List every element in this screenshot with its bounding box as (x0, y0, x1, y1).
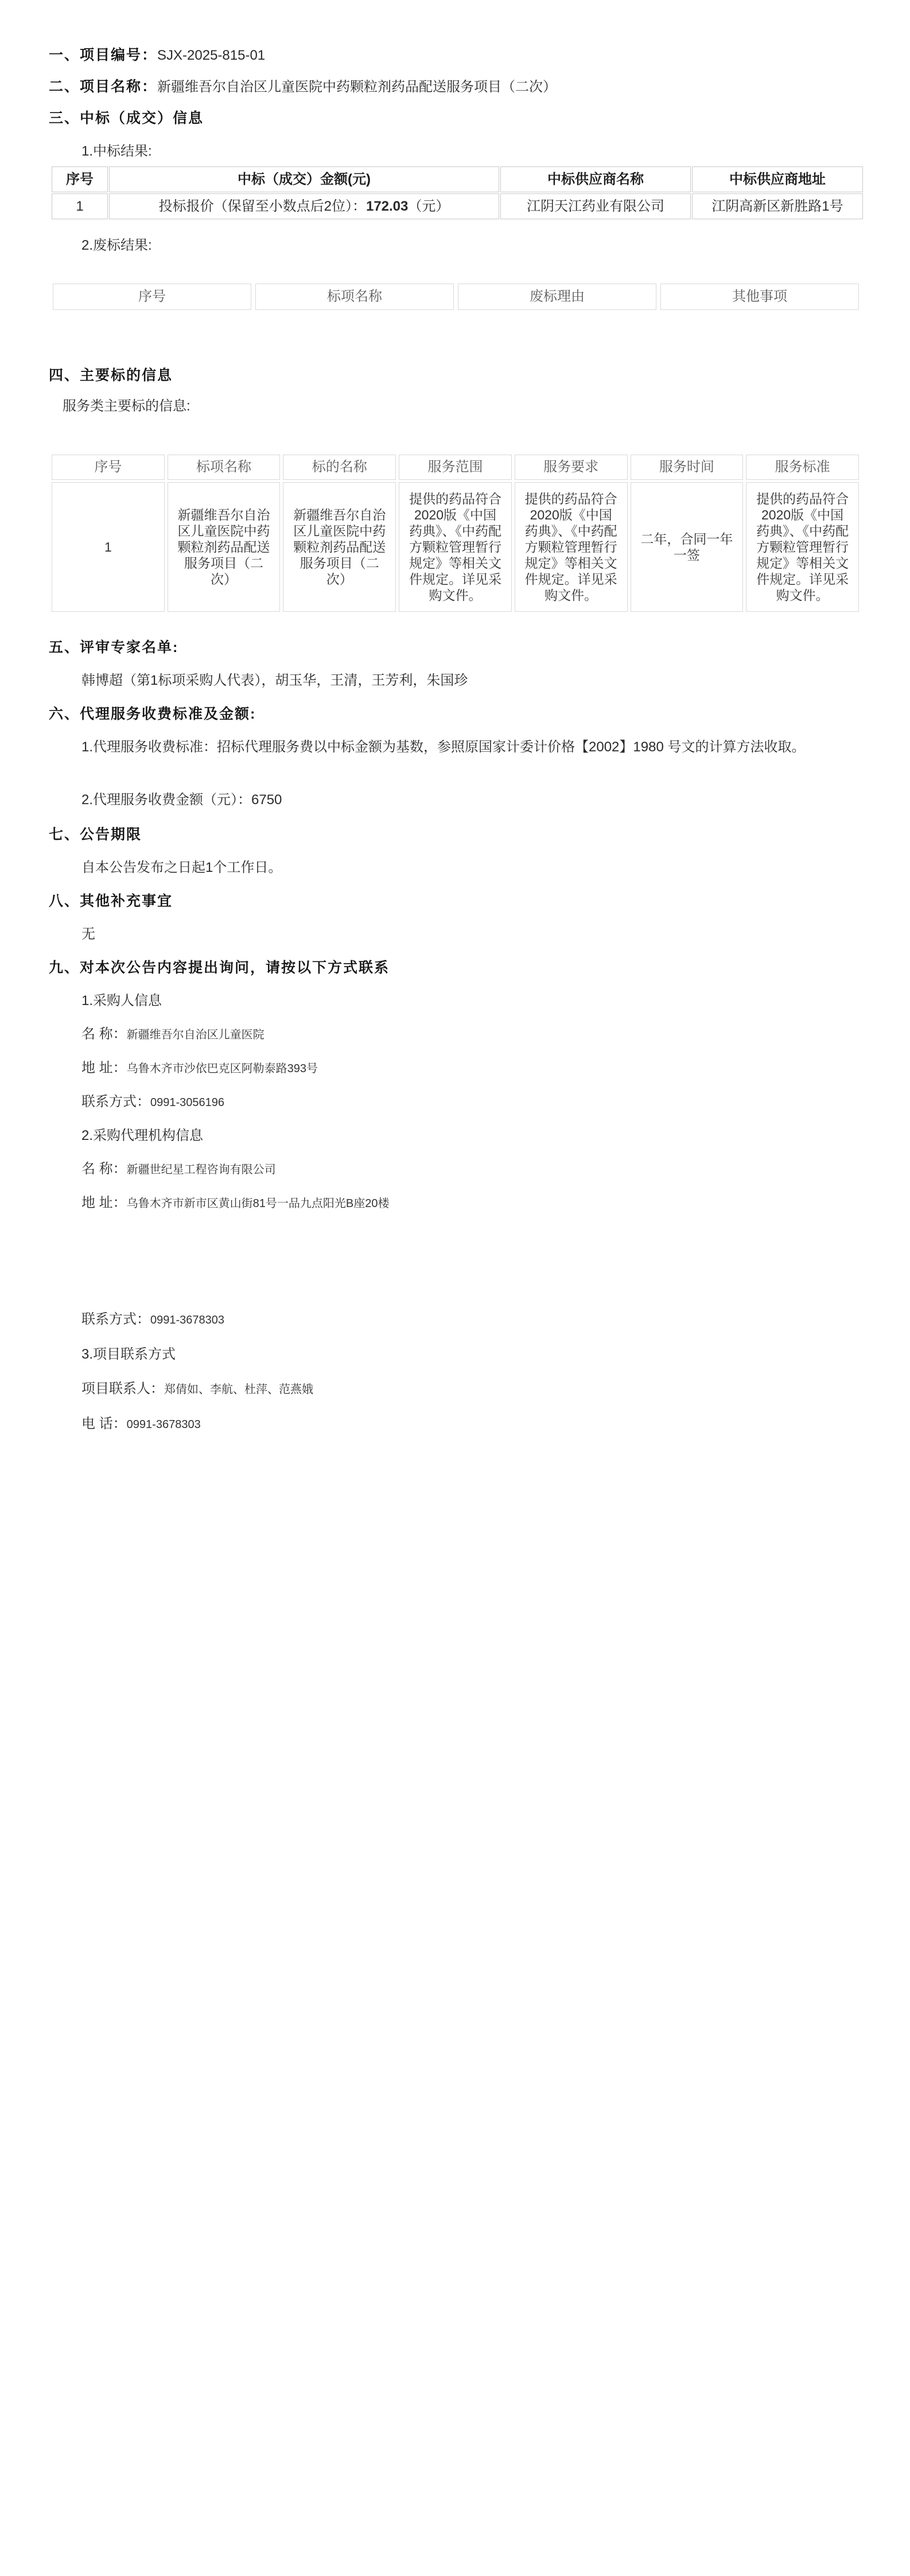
agency-name-label: 名 称： (81, 1161, 127, 1177)
cell-supplier: 江阴天江药业有限公司 (500, 193, 691, 219)
header-cell-amount: 中标（成交）金额(元) (109, 166, 499, 192)
header-cell-reason: 废标理由 (458, 284, 656, 310)
procurement-announcement-document: 一、项目编号：SJX-2025-815-01 二、项目名称：新疆维吾尔自治区儿童… (0, 0, 910, 1434)
purchaser-address-label: 地 址： (81, 1060, 127, 1076)
header-cell-address: 中标供应商地址 (692, 166, 863, 192)
agency-fee-amount-label: 2.代理服务收费金额（元）： (81, 792, 251, 808)
amount-suffix: （元） (408, 199, 449, 214)
cell-subject-name: 新疆维吾尔自治区儿童医院中药颗粒剂药品配送服务项目（二次） (283, 482, 396, 612)
section-experts-heading: 五、评审专家名单: (49, 638, 860, 657)
award-table-data-row: 1 投标报价（保留至小数点后2位）：172.03（元） 江阴天江药业有限公司 江… (52, 193, 863, 219)
main-table-data-row: 1 新疆维吾尔自治区儿童医院中药颗粒剂药品配送服务项目（二次） 新疆维吾尔自治区… (52, 482, 859, 612)
project-name-value: 新疆维吾尔自治区儿童医院中药颗粒剂药品配送服务项目（二次） (157, 79, 557, 95)
amount-value: 172.03 (366, 199, 408, 214)
section-award-info-heading: 三、中标（成交）信息 (49, 109, 860, 127)
cell-address: 江阴高新区新胜路1号 (692, 193, 863, 219)
header-cell-service-time: 服务时间 (631, 455, 744, 480)
cell-amount: 投标报价（保留至小数点后2位）：172.03（元） (109, 193, 499, 219)
section-main-subject-heading: 四、主要标的信息 (49, 366, 860, 385)
award-result-table: 序号 中标（成交）金额(元) 中标供应商名称 中标供应商地址 1 投标报价（保留… (50, 165, 864, 220)
header-cell-other: 其他事项 (660, 284, 859, 310)
project-name-line: 二、项目名称：新疆维吾尔自治区儿童医院中药颗粒剂药品配送服务项目（二次） (49, 77, 860, 96)
purchaser-address-value: 乌鲁木齐市沙依巴克区阿勒泰路393号 (127, 1062, 318, 1075)
cell-service-scope: 提供的药品符合2020版《中国药典》、《中药配方颗粒管理暂行规定》等相关文件规定… (399, 482, 512, 612)
header-cell-subject-name: 标的名称 (283, 455, 396, 480)
purchaser-name-value: 新疆维吾尔自治区儿童医院 (127, 1029, 265, 1041)
purchaser-name-label: 名 称： (81, 1026, 127, 1042)
award-table-header-row: 序号 中标（成交）金额(元) 中标供应商名称 中标供应商地址 (52, 166, 863, 192)
cell-service-standard: 提供的药品符合2020版《中国药典》、《中药配方颗粒管理暂行规定》等相关文件规定… (746, 482, 859, 612)
other-matters-body: 无 (49, 925, 860, 944)
agency-fee-amount-line: 2.代理服务收费金额（元）：6750 (49, 791, 860, 809)
cell-service-requirement: 提供的药品符合2020版《中国药典》、《中药配方颗粒管理暂行规定》等相关文件规定… (515, 482, 628, 612)
header-cell-service-standard: 服务标准 (746, 455, 859, 480)
project-name-label: 二、项目名称： (49, 79, 157, 95)
header-cell-no: 序号 (52, 455, 165, 480)
header-cell-no: 序号 (52, 166, 108, 192)
project-contacts-line: 项目联系人：郑倩如、李航、杜萍、范燕娥 (49, 1380, 860, 1399)
cell-no: 1 (52, 482, 165, 612)
project-contacts-label: 项目联系人： (81, 1381, 164, 1396)
amount-prefix: 投标报价（保留至小数点后2位）： (159, 199, 366, 214)
purchaser-contact-label: 联系方式： (81, 1094, 150, 1109)
header-cell-service-requirement: 服务要求 (515, 455, 628, 480)
header-cell-bid-name: 标项名称 (168, 455, 281, 480)
project-number-value: SJX-2025-815-01 (157, 48, 265, 63)
announcement-period-body: 自本公告发布之日起1个工作日。 (49, 859, 860, 877)
purchaser-address-line: 地 址：乌鲁木齐市沙依巴克区阿勒泰路393号 (49, 1059, 860, 1078)
invalid-bid-table: 序号 标项名称 废标理由 其他事项 (49, 282, 863, 311)
agency-info-title: 2.采购代理机构信息 (49, 1127, 860, 1145)
header-cell-no: 序号 (53, 284, 251, 310)
purchaser-info-title: 1.采购人信息 (49, 992, 860, 1010)
invalid-bid-label: 2.废标结果: (49, 236, 860, 255)
project-phone-line: 电 话：0991-3678303 (49, 1415, 860, 1434)
award-result-label: 1.中标结果: (49, 142, 860, 161)
project-contacts-value: 郑倩如、李航、杜萍、范燕娥 (164, 1383, 313, 1396)
agency-address-label: 地 址： (81, 1195, 127, 1211)
agency-address-line: 地 址：乌鲁木齐市新市区黄山街81号一品九点阳光B座20楼 (49, 1194, 860, 1213)
project-number-line: 一、项目编号：SJX-2025-815-01 (49, 46, 860, 65)
experts-list: 韩博超（第1标项采购人代表），胡玉华，王清，王芳利，朱国珍 (49, 672, 860, 690)
cell-no: 1 (52, 193, 108, 219)
section-announcement-period-heading: 七、公告期限 (49, 825, 860, 844)
main-subject-table: 序号 标项名称 标的名称 服务范围 服务要求 服务时间 服务标准 1 新疆维吾尔… (49, 452, 862, 614)
service-subject-label: 服务类主要标的信息: (49, 397, 860, 416)
agency-fee-amount-value: 6750 (251, 792, 282, 808)
agency-contact-line: 联系方式：0991-3678303 (49, 1310, 860, 1329)
section-agency-fee-heading: 六、代理服务收费标准及金额: (49, 705, 860, 723)
purchaser-contact-value: 0991-3056196 (150, 1096, 224, 1109)
purchaser-name-line: 名 称：新疆维吾尔自治区儿童医院 (49, 1025, 860, 1044)
agency-name-line: 名 称：新疆世纪星工程咨询有限公司 (49, 1160, 860, 1179)
header-cell-supplier: 中标供应商名称 (500, 166, 691, 192)
project-contact-title: 3.项目联系方式 (49, 1345, 860, 1364)
section-other-matters-heading: 八、其他补充事宜 (49, 892, 860, 910)
agency-contact-value: 0991-3678303 (150, 1314, 224, 1326)
purchaser-contact-line: 联系方式：0991-3056196 (49, 1093, 860, 1112)
project-phone-value: 0991-3678303 (127, 1418, 201, 1431)
main-table-header-row: 序号 标项名称 标的名称 服务范围 服务要求 服务时间 服务标准 (52, 455, 859, 480)
project-phone-label: 电 话： (81, 1416, 127, 1431)
agency-name-value: 新疆世纪星工程咨询有限公司 (127, 1163, 276, 1176)
agency-contact-label: 联系方式： (81, 1312, 150, 1327)
header-cell-service-scope: 服务范围 (399, 455, 512, 480)
agency-address-value: 乌鲁木齐市新市区黄山街81号一品九点阳光B座20楼 (127, 1197, 390, 1210)
invalid-table-header-row: 序号 标项名称 废标理由 其他事项 (53, 284, 859, 310)
cell-bid-name: 新疆维吾尔自治区儿童医院中药颗粒剂药品配送服务项目（二次） (168, 482, 281, 612)
header-cell-bid-name: 标项名称 (255, 284, 454, 310)
agency-fee-standard: 1.代理服务收费标准：招标代理服务费以中标金额为基数，参照原国家计委计价格【20… (49, 738, 860, 756)
cell-service-time: 二年，合同一年一签 (631, 482, 744, 612)
section-contact-heading: 九、对本次公告内容提出询问，请按以下方式联系 (49, 959, 860, 977)
project-number-label: 一、项目编号： (49, 47, 157, 63)
